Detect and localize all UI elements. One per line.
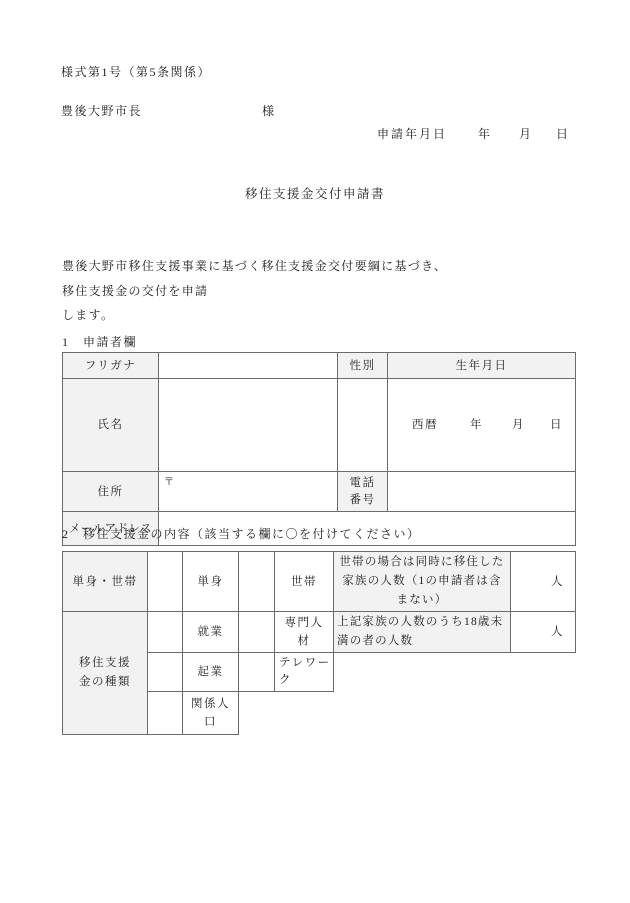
unit-person-label: 人	[551, 576, 564, 588]
empty-region	[275, 692, 334, 735]
phone-label: 電話 番号	[338, 472, 388, 512]
form-number: 様式第1号（第5条関係）	[61, 64, 211, 80]
empty-region	[511, 653, 576, 692]
gender-input-cell[interactable]	[338, 379, 388, 472]
option-employment: 就業	[183, 612, 239, 653]
era-label: 西暦	[412, 416, 438, 434]
support-type-label: 移住支援 金の種類	[63, 612, 148, 735]
furigana-label: フリガナ	[63, 353, 159, 379]
empty-region	[511, 692, 576, 735]
name-label: 氏名	[63, 379, 159, 472]
mark-cell-telework[interactable]	[239, 653, 275, 692]
option-telework: テレワー ク	[275, 653, 334, 692]
gender-label: 性別	[338, 353, 388, 379]
option-single: 単身	[183, 552, 239, 612]
birth-year-label: 年	[470, 416, 483, 434]
mark-cell-household[interactable]	[239, 552, 275, 612]
unit-person-label: 人	[551, 626, 564, 638]
mark-cell-related-population[interactable]	[148, 692, 183, 735]
empty-region	[334, 653, 511, 692]
mark-cell-single[interactable]	[148, 552, 183, 612]
birthdate-input-cell[interactable]: 西暦 年 月 日	[388, 379, 576, 472]
support-type-table: 単身・世帯 単身 世帯 世帯の場合は同時に移住した 家族の人数（1の申請者は含 …	[62, 551, 576, 735]
date-month-label: 月	[519, 126, 533, 142]
furigana-input-cell[interactable]	[159, 353, 338, 379]
under18-count-cell[interactable]: 人	[511, 612, 576, 653]
mark-cell-specialist[interactable]	[239, 612, 275, 653]
option-specialist: 専門人 材	[275, 612, 334, 653]
single-household-label: 単身・世帯	[63, 552, 148, 612]
name-input-cell[interactable]	[159, 379, 338, 472]
document-page: 様式第1号（第5条関係） 豊後大野市長 様 申請年月日 年 月 日 移住支援金交…	[0, 0, 630, 903]
birth-month-label: 月	[512, 416, 525, 434]
application-date-label: 申請年月日	[377, 126, 447, 142]
address-input-cell[interactable]: 〒	[159, 472, 338, 512]
desc-under18: 上記家族の人数のうち18歳未 満の者の人数	[334, 612, 511, 653]
empty-region	[239, 692, 275, 735]
mark-cell-employment[interactable]	[148, 612, 183, 653]
addressee: 豊後大野市長	[61, 103, 142, 119]
document-title: 移住支援金交付申請書	[0, 184, 630, 202]
option-startup: 起業	[183, 653, 239, 692]
addressee-honorific: 様	[262, 103, 276, 119]
desc-household-members: 世帯の場合は同時に移住した 家族の人数（1の申請者は含 まない）	[334, 552, 511, 612]
option-household: 世帯	[275, 552, 334, 612]
section1-heading: 1 申請者欄	[62, 334, 137, 350]
option-related-population: 関係人 口	[183, 692, 239, 735]
empty-region	[334, 692, 511, 735]
birthdate-label: 生年月日	[388, 353, 576, 379]
address-label: 住所	[63, 472, 159, 512]
date-year-label: 年	[478, 126, 492, 142]
phone-input-cell[interactable]	[388, 472, 576, 512]
section2-heading: 2 移住支援金の内容（該当する欄に〇を付けてください）	[62, 526, 421, 542]
mark-cell-startup[interactable]	[148, 653, 183, 692]
household-count-cell[interactable]: 人	[511, 552, 576, 612]
date-day-label: 日	[556, 126, 570, 142]
intro-paragraph: 豊後大野市移住支援事業に基づく移住支援金交付要綱に基づき、移住支援金の交付を申請…	[62, 254, 574, 328]
applicant-table: フリガナ 性別 生年月日 氏名 西暦 年 月 日 住所 〒 電話 番号 メールア…	[62, 352, 576, 546]
birth-day-label: 日	[550, 416, 563, 434]
postal-mark: 〒	[164, 477, 176, 488]
